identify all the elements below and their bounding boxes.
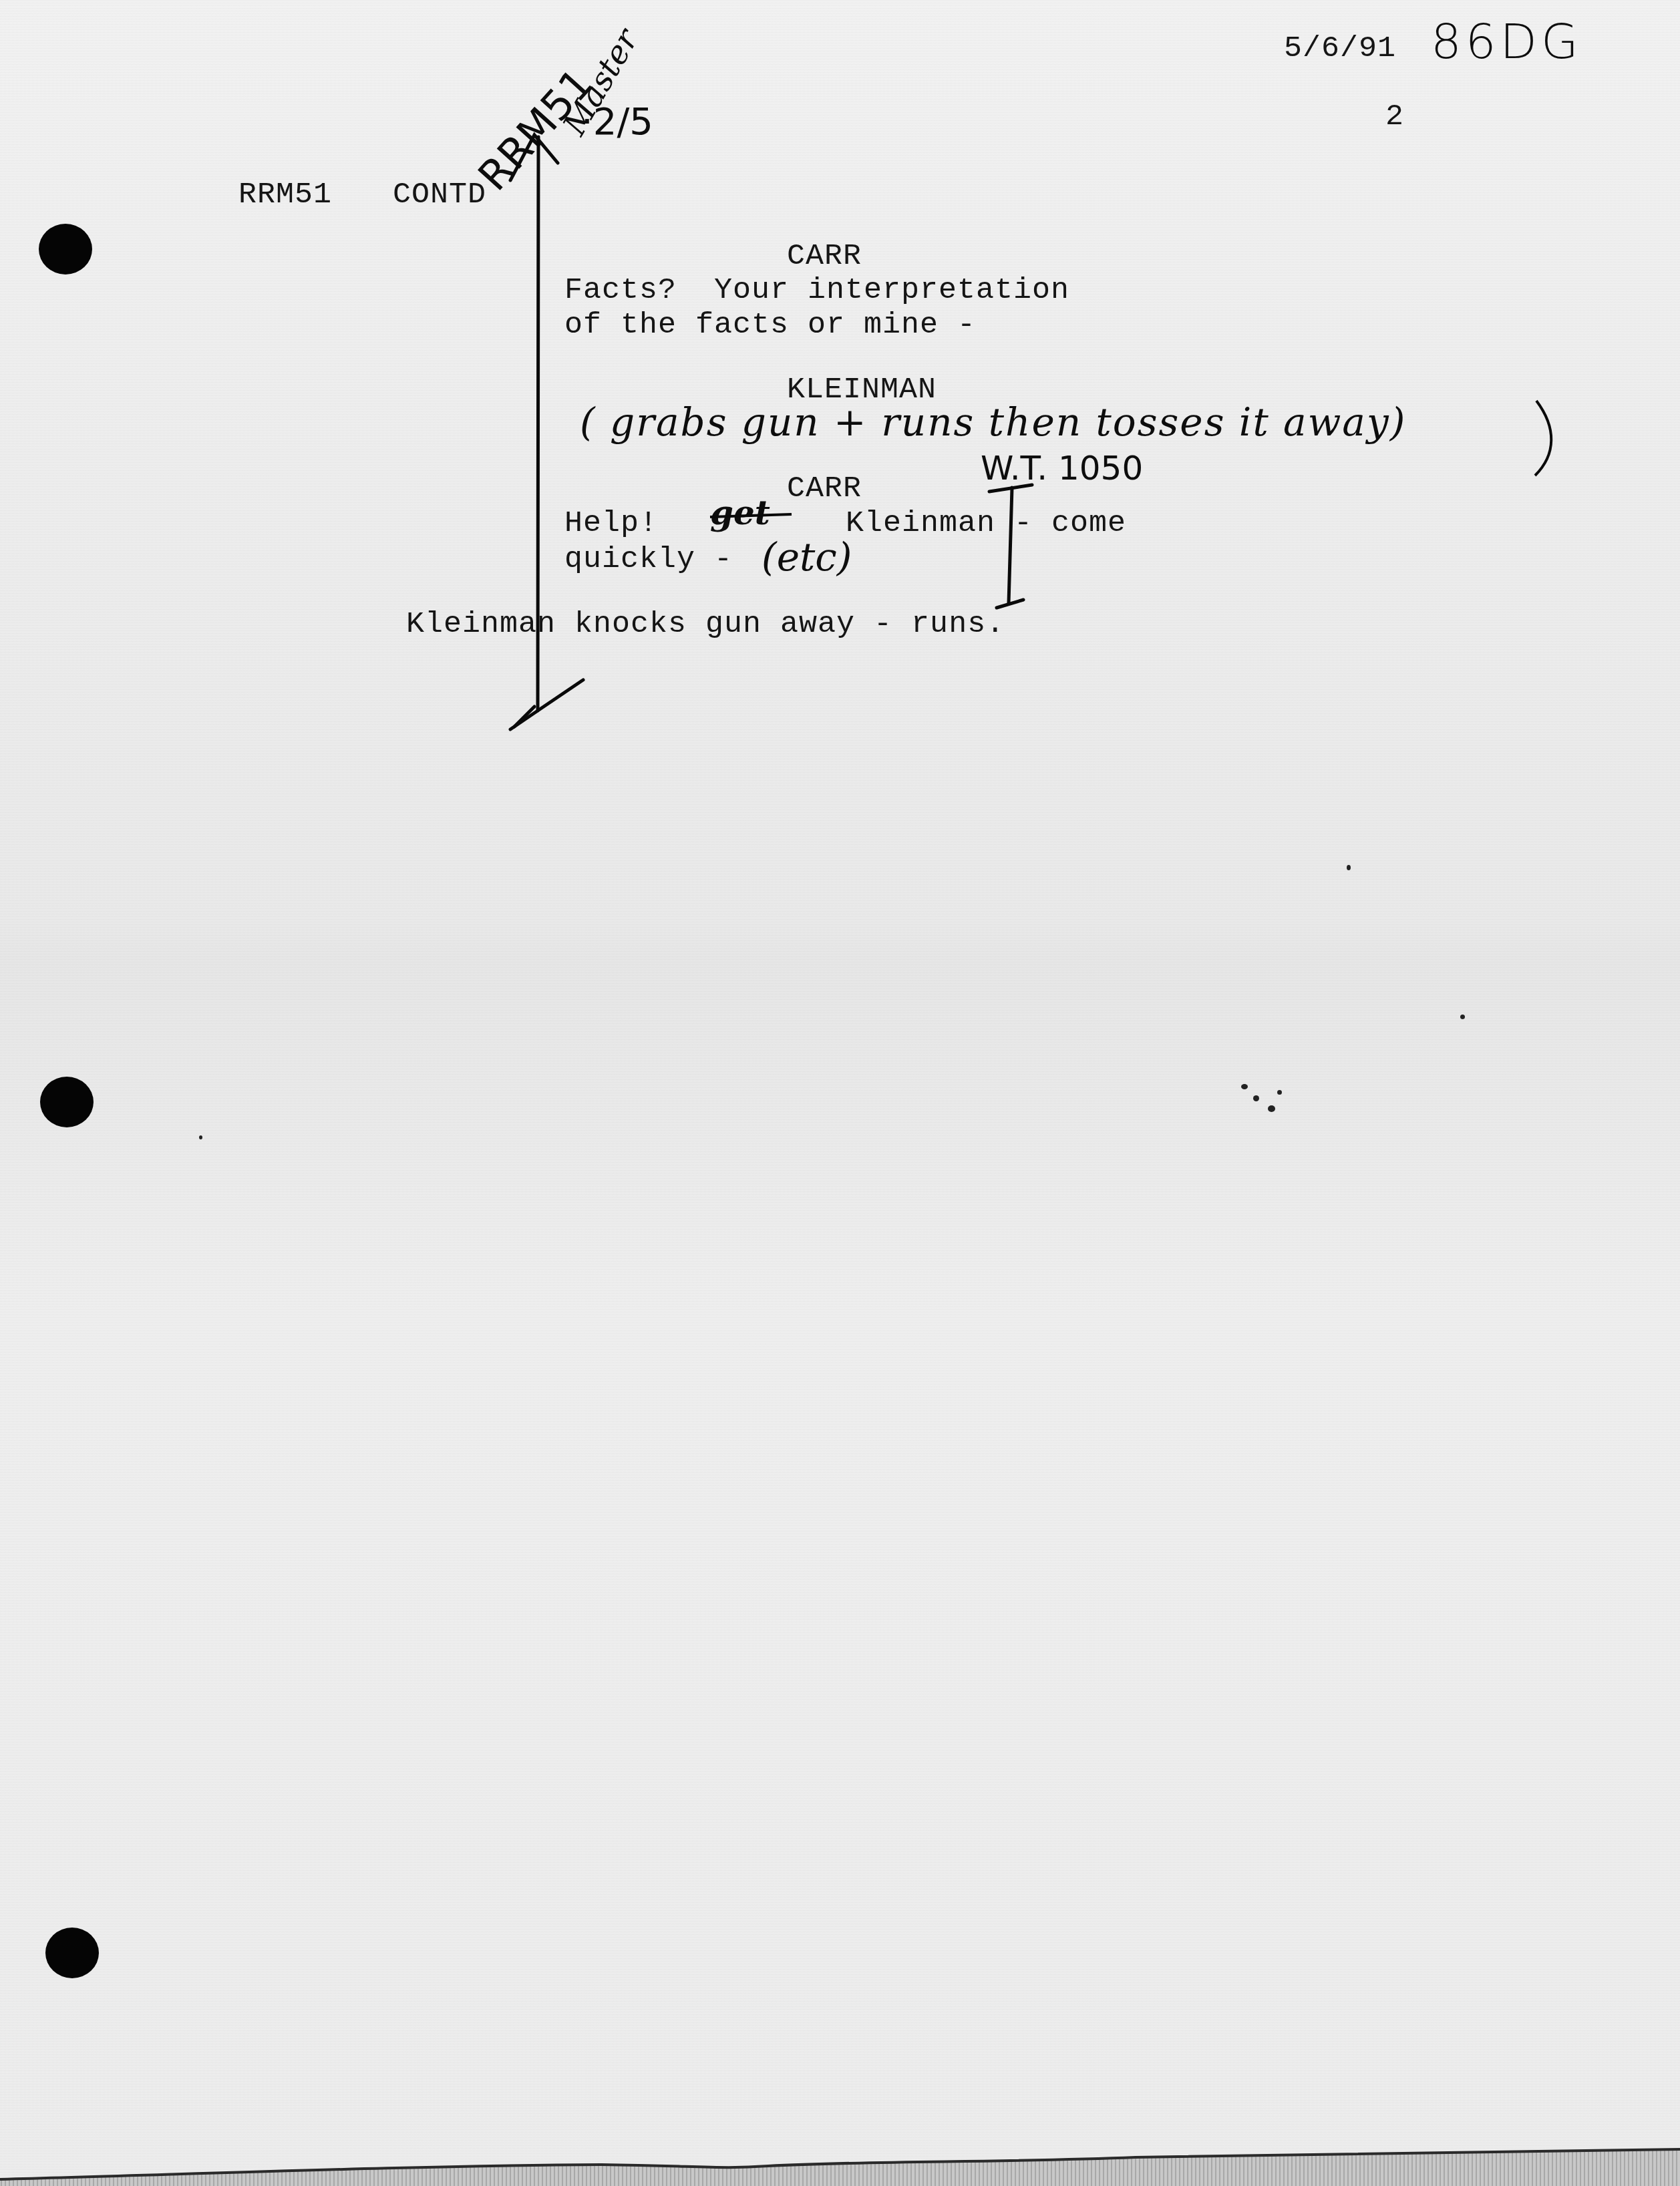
bracket-mark: [989, 485, 1032, 608]
dust-speck: [1460, 1015, 1465, 1019]
dialogue-line-quickly: quickly -: [564, 542, 733, 578]
margin-annotation-take: ·2/5: [581, 100, 653, 144]
dust-speck: [1277, 1090, 1282, 1095]
dialogue-line-help: Help!: [564, 506, 658, 542]
hole-punch-middle: [40, 1077, 94, 1127]
hole-punch-top: [39, 224, 92, 275]
dust-speck: [1241, 1084, 1248, 1089]
handwritten-struck-word: get: [710, 493, 770, 532]
dust-speck: [1253, 1095, 1259, 1101]
page-date: 5/6/91: [1284, 31, 1396, 67]
page-number: 2: [1385, 99, 1404, 135]
character-name-carr: CARR: [787, 238, 862, 275]
dialogue-line-kleinman: Kleinman - come: [846, 506, 1126, 542]
dust-speck: [1347, 865, 1351, 870]
dialogue-line: of the facts or mine -: [564, 307, 976, 343]
handwritten-wild-track-note: W.T. 1050: [981, 449, 1143, 488]
handwritten-etc: (etc): [762, 534, 852, 580]
continued-label: CONTD: [393, 177, 486, 213]
hole-punch-bottom: [45, 1928, 99, 1978]
dialogue-line: Facts? Your interpretation: [564, 272, 1069, 309]
action-line: Kleinman knocks gun away - runs.: [406, 606, 1005, 643]
dust-speck: [199, 1135, 202, 1139]
scene-id: RRM51: [238, 177, 332, 213]
character-name-carr: CARR: [787, 471, 862, 507]
handwritten-stage-direction: ( grabs gun + runs then tosses it away): [580, 399, 1406, 445]
dust-speck: [1268, 1105, 1275, 1112]
script-page: 5/6/91 86DG 2 RRM51 CONTD RRM51 Master ·…: [0, 0, 1680, 2186]
torn-paper-edge: [0, 2139, 1680, 2186]
handwritten-code: 86DG: [1431, 13, 1582, 69]
